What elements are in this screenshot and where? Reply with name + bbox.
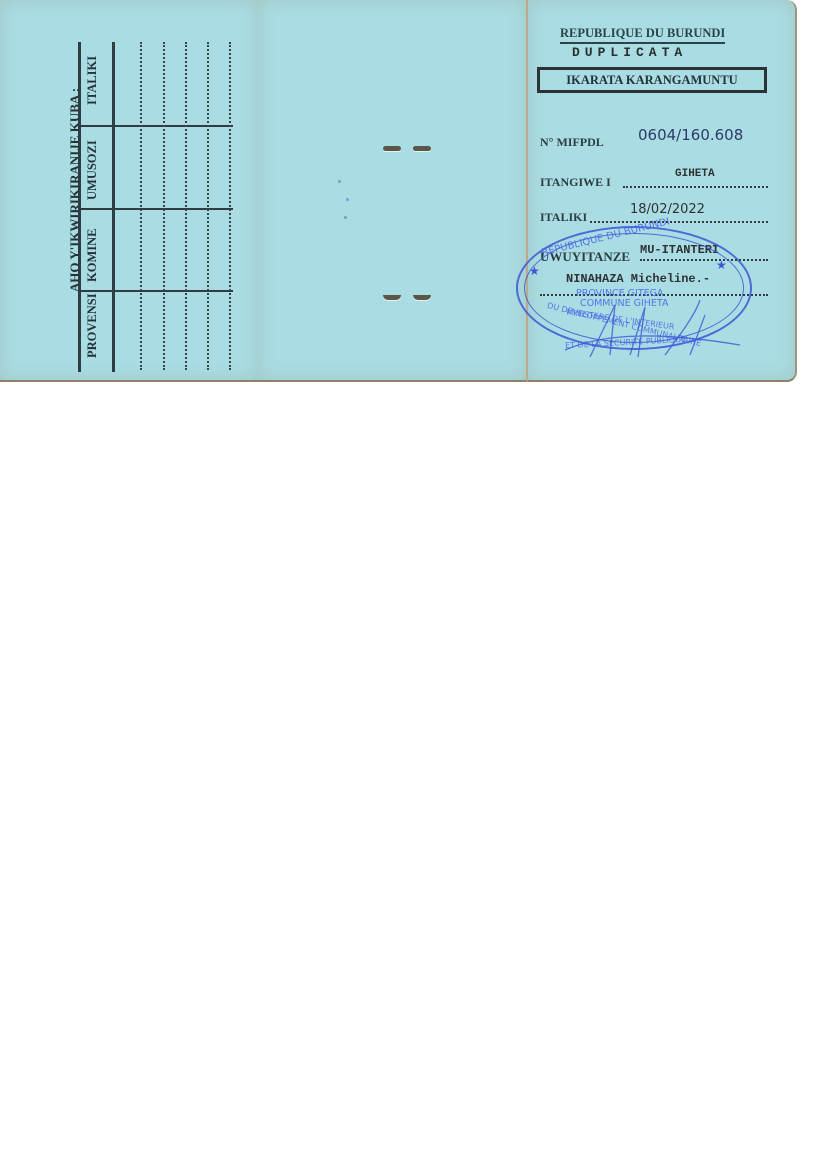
residence-table: AHO Y'IKWIRIKIRANIJE KUBA : PROVENSI KOM… [55, 20, 245, 355]
document-title: IKARATA KARANGAMUNTU [537, 67, 767, 93]
column-divider [78, 208, 233, 210]
issued-at-line [623, 186, 768, 188]
entry-line [229, 42, 231, 370]
date-label: ITALIKI [540, 210, 587, 225]
column-divider [78, 290, 233, 292]
issued-at-label: ITANGIWE I [540, 175, 611, 190]
entry-line [163, 42, 165, 370]
number-value: 0604/160.608 [638, 126, 743, 144]
column-header-komine: KOMINE [85, 229, 100, 282]
star-icon: ★ [716, 258, 727, 273]
duplicate-mark: DUPLICATA [572, 45, 687, 60]
staple-icon [383, 146, 401, 151]
entry-line [185, 42, 187, 370]
residence-history-panel: AHO Y'IKWIRIKIRANIJE KUBA : PROVENSI KOM… [0, 0, 260, 382]
id-card-booklet: AHO Y'IKWIRIKIRANIJE KUBA : PROVENSI KOM… [0, 0, 797, 382]
column-header-umusozi: UMUSOZI [85, 140, 100, 200]
date-value: 18/02/2022 [630, 202, 705, 217]
table-border-right [112, 42, 115, 372]
number-label: N° MIFPDL [540, 135, 604, 150]
column-header-italiki: ITALIKI [85, 56, 100, 105]
entry-line [140, 42, 142, 370]
date-line [590, 221, 768, 223]
staple-icon [383, 295, 401, 300]
entry-line [207, 42, 209, 370]
country-heading: REPUBLIQUE DU BURUNDI [560, 26, 725, 44]
column-header-provensi: PROVENSI [85, 293, 100, 358]
middle-panel [258, 0, 528, 382]
ink-mark [344, 216, 347, 219]
ink-mark [338, 180, 341, 183]
column-divider [78, 125, 233, 127]
table-border-left [78, 42, 81, 372]
ink-mark [346, 198, 349, 201]
signature-icon [560, 295, 750, 365]
staple-icon [413, 295, 431, 300]
staple-icon [413, 146, 431, 151]
issued-at-value: GIHETA [675, 168, 715, 180]
star-icon: ★ [529, 264, 540, 279]
